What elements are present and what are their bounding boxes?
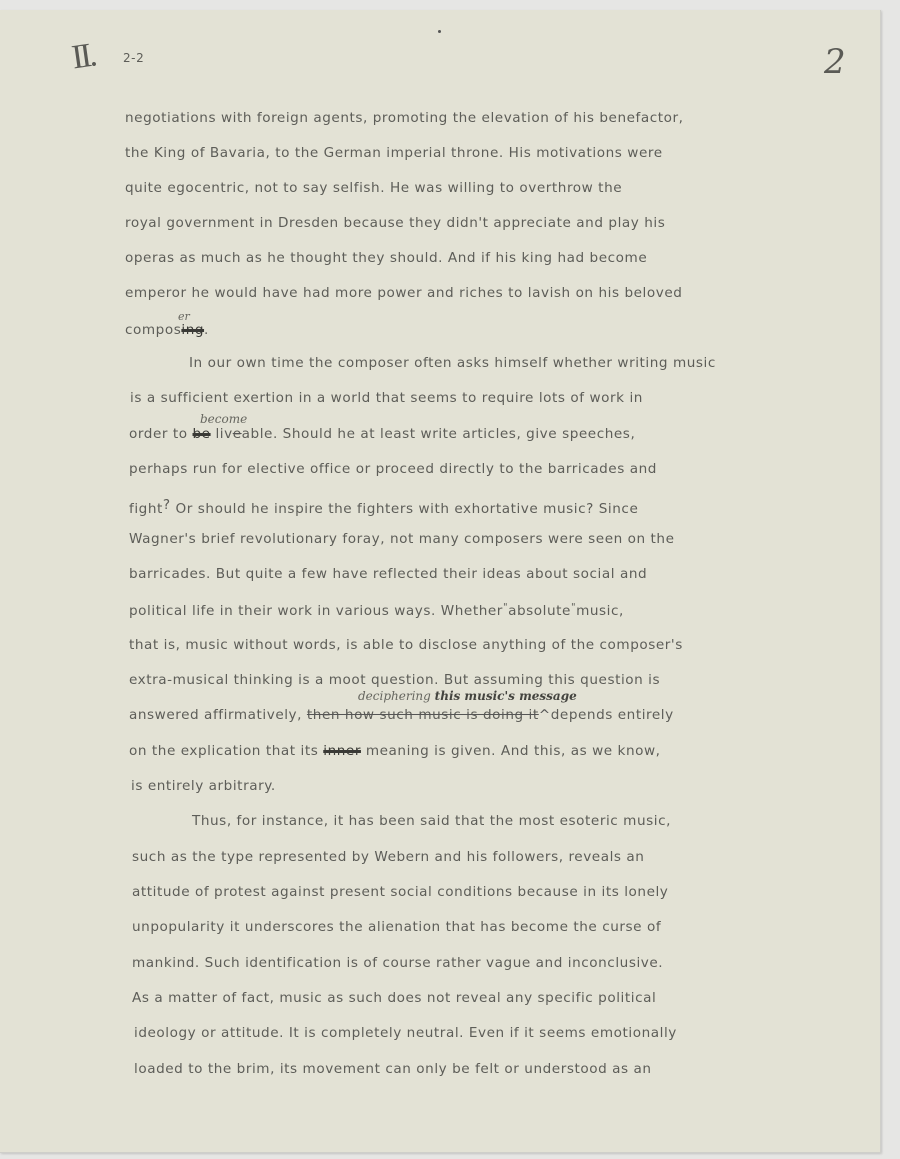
- page-number-handwritten: 2: [824, 42, 846, 82]
- struck-text: be: [193, 426, 211, 442]
- handwritten-question-mark: ?: [163, 497, 171, 513]
- text-fragment: compos: [125, 322, 181, 338]
- text-line: In our own time the composer often asks …: [189, 355, 716, 371]
- text-line: fight? Or should he inspire the fighters…: [129, 497, 638, 517]
- text-fragment: answered affirmatively,: [129, 707, 307, 723]
- text-line: negotiations with foreign agents, promot…: [125, 110, 684, 126]
- text-line: quite egocentric, not to say selfish. He…: [125, 180, 622, 196]
- text-line: Wagner's brief revolutionary foray, not …: [129, 531, 675, 547]
- text-line: is a sufficient exertion in a world that…: [130, 390, 643, 406]
- text-fragment: on the explication that its: [129, 743, 323, 759]
- text-fragment: meaning is given. And this, as we know,: [361, 743, 661, 759]
- text-line: royal government in Dresden because they…: [125, 215, 665, 231]
- insertion-fragment: deciphering: [358, 689, 431, 703]
- struck-text: then how such music is doing it: [307, 707, 539, 723]
- text-line: attitude of protest against present soci…: [132, 884, 668, 900]
- text-line: order to be liveable. Should he at least…: [129, 426, 635, 442]
- struck-text: inner: [323, 743, 361, 759]
- text-line: mankind. Such identification is of cours…: [132, 955, 663, 971]
- text-fragment: liv: [211, 426, 233, 442]
- text-line: that is, music without words, is able to…: [129, 637, 683, 653]
- insertion-caret: ^: [539, 707, 551, 723]
- text-line: composing.: [125, 322, 209, 338]
- text-fragment: Or should he inspire the fighters with e…: [171, 501, 639, 517]
- text-fragment: fight: [129, 501, 163, 517]
- text-line: unpopularity it underscores the alienati…: [132, 919, 661, 935]
- text-line: extra-musical thinking is a moot questio…: [129, 672, 660, 688]
- text-line: the King of Bavaria, to the German imper…: [125, 145, 663, 161]
- text-line: operas as much as he thought they should…: [125, 250, 647, 266]
- struck-text: e: [233, 426, 242, 442]
- text-line: perhaps run for elective office or proce…: [129, 461, 657, 477]
- text-line: loaded to the brim, its movement can onl…: [134, 1061, 652, 1077]
- text-line: on the explication that its inner meanin…: [129, 743, 661, 759]
- handwritten-insertion: become: [200, 412, 247, 426]
- text-fragment: absolute: [508, 603, 571, 619]
- text-fragment: political life in their work in various …: [129, 603, 503, 619]
- text-fragment: depends entirely: [551, 707, 674, 723]
- text-line: political life in their work in various …: [129, 602, 624, 619]
- struck-text: ing: [181, 322, 204, 338]
- text-line: As a matter of fact, music as such does …: [132, 990, 656, 1006]
- text-fragment: order to: [129, 426, 193, 442]
- text-line: ideology or attitude. It is completely n…: [134, 1025, 677, 1041]
- text-line: is entirely arbitrary.: [131, 778, 276, 794]
- ink-speck: [438, 30, 441, 33]
- text-line: answered affirmatively, then how such mu…: [129, 707, 674, 723]
- sheet-id: 2-2: [123, 51, 144, 65]
- text-line: such as the type represented by Webern a…: [132, 849, 644, 865]
- text-line: emperor he would have had more power and…: [125, 285, 682, 301]
- text-fragment: music,: [576, 603, 624, 619]
- insertion-fragment: this music's message: [435, 689, 577, 703]
- handwritten-insertion: deciphering this music's message: [358, 689, 577, 703]
- text-fragment: able. Should he at least write articles,…: [242, 426, 636, 442]
- text-line: Thus, for instance, it has been said tha…: [192, 813, 671, 829]
- text-line: barricades. But quite a few have reflect…: [129, 566, 647, 582]
- text-fragment: .: [204, 322, 209, 338]
